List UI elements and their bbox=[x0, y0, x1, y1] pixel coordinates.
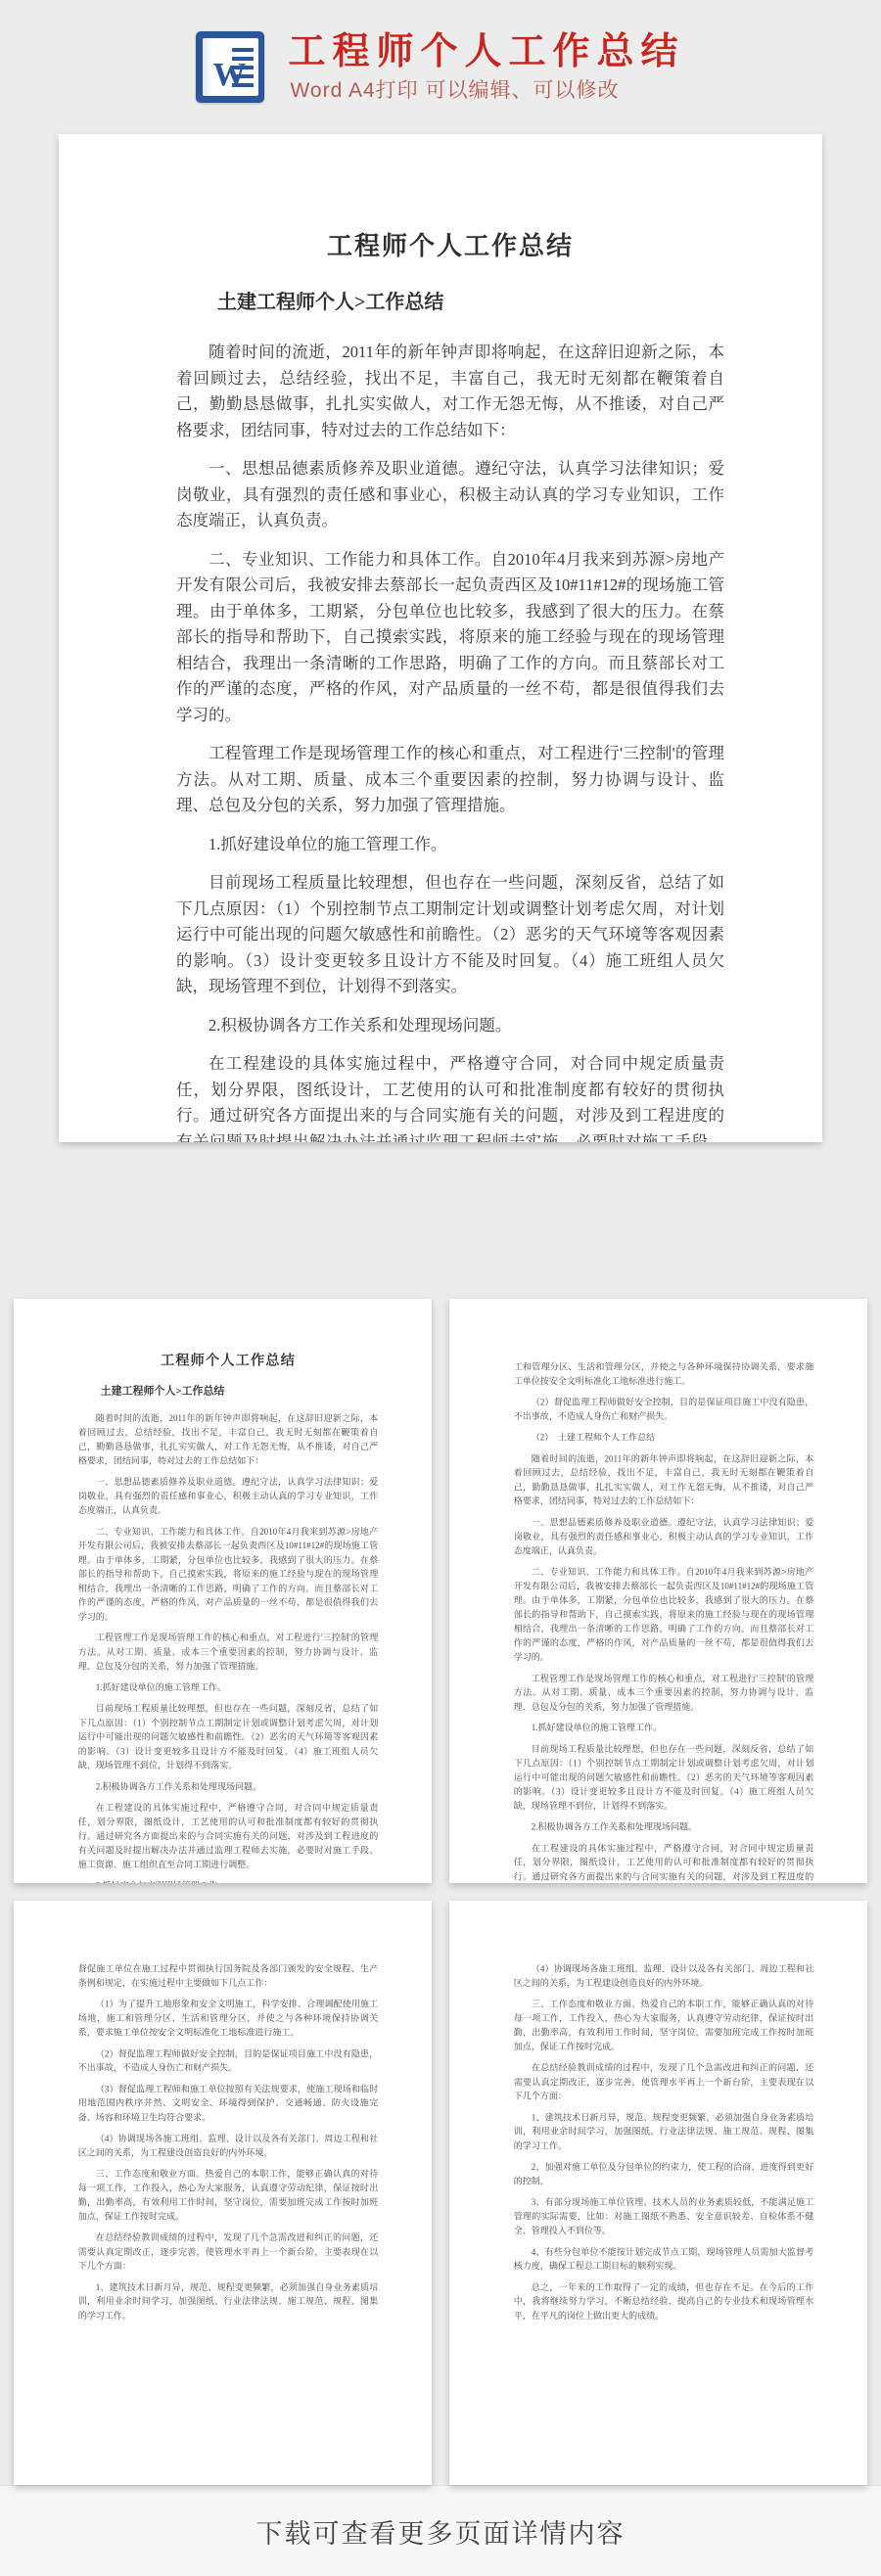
document-page-1-preview[interactable]: 工程师个人工作总结 土建工程师个人>工作总结 随着时间的流逝，2011年的新年钟… bbox=[59, 134, 822, 1142]
doc-paragraph: 3.抓好安全与文明现场管理工作 bbox=[78, 1879, 379, 1883]
document-download-page: W 工程师个人工作总结 Word A4打印 可以编辑、可以修改 工程师个人工作总… bbox=[0, 0, 881, 2576]
doc-title: 工程师个人工作总结 bbox=[176, 232, 724, 261]
doc-subtitle: 土建工程师个人>工作总结 bbox=[217, 291, 724, 314]
doc-paragraph: （1）为了提升工地形象和安全文明施工，科学安排、合理调配使用施工场地，施工和管理… bbox=[78, 1998, 379, 2041]
doc-paragraph: 二、专业知识、工作能力和具体工作。自2010年4月我来到苏源>房地产开发有限公司… bbox=[514, 1565, 814, 1665]
doc-paragraph: 1.抓好建设单位的施工管理工作。 bbox=[514, 1721, 814, 1735]
doc-paragraph: （2）督促监理工程师做好安全控制，目的是保证项目施工中没有隐患，不出事故，不造成… bbox=[78, 2047, 379, 2075]
header-text: 工程师个人工作总结 Word A4打印 可以编辑、可以修改 bbox=[288, 31, 684, 103]
doc-body: 随着时间的流逝，2011年的新年钟声即将响起，在这辞旧迎新之际，本着回顾过去，总… bbox=[78, 1411, 379, 1883]
page-thumbnails: 工程师个人工作总结 土建工程师个人>工作总结 随着时间的流逝，2011年的新年钟… bbox=[0, 1299, 881, 2485]
doc-subtitle: 土建工程师个人>工作总结 bbox=[101, 1385, 379, 1398]
doc-paragraph: 二、专业知识、工作能力和具体工作。自2010年4月我来到苏源>房地产开发有限公司… bbox=[78, 1525, 379, 1625]
page-title: 工程师个人工作总结 bbox=[288, 31, 684, 72]
doc-body: （4）协调现场各施工班组、监理、设计以及各有关部门、周边工程和社区之间的关系，为… bbox=[514, 1961, 814, 2323]
doc-paragraph: 工和管理分区、生活和管理分区，并使之与各种环境保持协调关系，要求施工单位按安全文… bbox=[514, 1359, 814, 1388]
doc-paragraph: 总之，一年来的工作取得了一定的成绩，但也存在不足。在今后的工作中，我将继续努力学… bbox=[514, 2280, 814, 2323]
doc-body: 督促施工单位在施工过程中贯彻执行国务院及各部门颁发的安全规程、生产条例和规定，在… bbox=[78, 1961, 379, 2323]
doc-paragraph: 在工程建设的具体实施过程中，严格遵守合同，对合同中规定质量责任，划分界限，图纸设… bbox=[176, 1051, 724, 1142]
doc-paragraph: 1、建筑技术日新月异，规范、规程变更频繁，必须加强自身业务素质培训，利用业余时间… bbox=[514, 2110, 814, 2153]
doc-paragraph: 2.积极协调各方工作关系和处理现场问题。 bbox=[78, 1779, 379, 1794]
doc-paragraph: 在总结经验教训成绩的过程中，发现了几个急需改进和纠正的问题，还需要认真定期改正，… bbox=[514, 2061, 814, 2104]
doc-paragraph: 工程管理工作是现场管理工作的核心和重点，对工程进行'三控制'的管理方法。从对工期… bbox=[176, 741, 724, 819]
doc-paragraph: 一、思想品德素质修养及职业道德。遵纪守法，认真学习法律知识；爱岗敬业，具有强烈的… bbox=[176, 456, 724, 534]
doc-paragraph: 2.积极协调各方工作关系和处理现场问题。 bbox=[514, 1820, 814, 1835]
doc-paragraph: 一、思想品德素质修养及职业道德。遵纪守法，认真学习法律知识；爱岗敬业，具有强烈的… bbox=[514, 1515, 814, 1558]
doc-paragraph: 二、专业知识、工作能力和具体工作。自2010年4月我来到苏源>房地产开发有限公司… bbox=[176, 547, 724, 729]
doc-paragraph: 在工程建设的具体实施过程中，严格遵守合同，对合同中规定质量责任，划分界限，图纸设… bbox=[514, 1841, 814, 1883]
doc-paragraph: 2、加强对施工单位及分包单位的约束力，使工程的洽商、进度得到更好的控制。 bbox=[514, 2160, 814, 2188]
doc-paragraph: 三、工作态度和敬业方面。热爱自己的本职工作，能够正确认真的对待每一项工作，工作投… bbox=[78, 2167, 379, 2224]
thumbnail-page-3-content: 督促施工单位在施工过程中贯彻执行国务院及各部门颁发的安全规程、生产条例和规定，在… bbox=[14, 1901, 432, 2485]
doc-paragraph: 1、建筑技术日新月异，规范、规程变更频繁，必须加强自身业务素质培训，利用业余时间… bbox=[78, 2280, 379, 2323]
doc-paragraph: 督促施工单位在施工过程中贯彻执行国务院及各部门颁发的安全规程、生产条例和规定，在… bbox=[78, 1961, 379, 1990]
doc-body: 工和管理分区、生活和管理分区，并使之与各种环境保持协调关系，要求施工单位按安全文… bbox=[514, 1359, 814, 1883]
doc-paragraph: （2） 土建工程师个人工作总结 bbox=[514, 1431, 814, 1446]
doc-paragraph: （3）督促监理工程师和施工单位按照有关法规要求，使施工现场和临时用地范围内秩序井… bbox=[78, 2082, 379, 2125]
word-icon-sheet: W bbox=[203, 38, 258, 96]
thumbnail-page-4-content: （4）协调现场各施工班组、监理、设计以及各有关部门、周边工程和社区之间的关系，为… bbox=[449, 1901, 867, 2485]
header: W 工程师个人工作总结 Word A4打印 可以编辑、可以修改 bbox=[0, 0, 881, 134]
doc-paragraph: 在工程建设的具体实施过程中，严格遵守合同，对合同中规定质量责任，划分界限，图纸设… bbox=[78, 1801, 379, 1872]
doc-paragraph: 在总结经验教训成绩的过程中，发现了几个急需改进和纠正的问题，还需要认真定期改正，… bbox=[78, 2231, 379, 2274]
doc-paragraph: （2）督促监理工程师做好安全控制，目的是保证项目施工中没有隐患，不出事故，不造成… bbox=[514, 1396, 814, 1424]
page-subtitle: Word A4打印 可以编辑、可以修改 bbox=[290, 78, 684, 103]
thumbnail-page-3[interactable]: 督促施工单位在施工过程中贯彻执行国务院及各部门颁发的安全规程、生产条例和规定，在… bbox=[14, 1901, 432, 2485]
doc-paragraph: 3、有部分现场施工单位管理、技术人员的业务素质较低，不能满足施工管理的实际需要，… bbox=[514, 2195, 814, 2238]
doc-paragraph: 工程管理工作是现场管理工作的核心和重点，对工程进行'三控制'的管理方法。从对工期… bbox=[78, 1631, 379, 1674]
footer: 下载可查看更多页面详情内容 bbox=[0, 2485, 881, 2576]
doc-paragraph: 随着时间的流逝，2011年的新年钟声即将响起，在这辞旧迎新之际，本着回顾过去，总… bbox=[176, 340, 724, 443]
document-preview: 工程师个人工作总结 土建工程师个人>工作总结 随着时间的流逝，2011年的新年钟… bbox=[0, 134, 881, 1142]
doc-paragraph: 1.抓好建设单位的施工管理工作。 bbox=[176, 832, 724, 858]
thumbnail-page-1-content: 工程师个人工作总结 土建工程师个人>工作总结 随着时间的流逝，2011年的新年钟… bbox=[14, 1299, 432, 1883]
thumbnail-page-2-content: 工和管理分区、生活和管理分区，并使之与各种环境保持协调关系，要求施工单位按安全文… bbox=[449, 1299, 867, 1883]
doc-paragraph: （4）协调现场各施工班组、监理、设计以及各有关部门、周边工程和社区之间的关系，为… bbox=[514, 1961, 814, 1990]
doc-body: 随着时间的流逝，2011年的新年钟声即将响起，在这辞旧迎新之际，本着回顾过去，总… bbox=[176, 340, 724, 1142]
doc-paragraph: 工程管理工作是现场管理工作的核心和重点，对工程进行'三控制'的管理方法。从对工期… bbox=[514, 1672, 814, 1715]
word-icon-fold bbox=[203, 38, 212, 96]
footer-hint-text: 下载可查看更多页面详情内容 bbox=[256, 2512, 626, 2551]
doc-paragraph: 2.积极协调各方工作关系和处理现场问题。 bbox=[176, 1013, 724, 1039]
doc-paragraph: 4、有些分包单位不能按计划完成节点工期，现场管理人员需加大监督考核力度，确保工程… bbox=[514, 2245, 814, 2274]
thumbnail-page-1[interactable]: 工程师个人工作总结 土建工程师个人>工作总结 随着时间的流逝，2011年的新年钟… bbox=[14, 1299, 432, 1883]
word-document-icon: W bbox=[196, 31, 264, 103]
doc-paragraph: 三、工作态度和敬业方面。热爱自己的本职工作，能够正确认真的对待每一项工作，工作投… bbox=[514, 1998, 814, 2054]
doc-title: 工程师个人工作总结 bbox=[78, 1353, 379, 1368]
word-icon-text-lines bbox=[232, 48, 254, 87]
doc-paragraph: （4）协调现场各施工班组、监理、设计以及各有关部门、周边工程和社区之间的关系，为… bbox=[78, 2132, 379, 2160]
doc-paragraph: 目前现场工程质量比较理想，但也存在一些问题，深刻反省，总结了如下几点原因：（1）… bbox=[78, 1702, 379, 1773]
doc-paragraph: 1.抓好建设单位的施工管理工作。 bbox=[78, 1680, 379, 1695]
doc-paragraph: 目前现场工程质量比较理想，但也存在一些问题，深刻反省，总结了如下几点原因：（1）… bbox=[514, 1742, 814, 1814]
thumbnail-page-4[interactable]: （4）协调现场各施工班组、监理、设计以及各有关部门、周边工程和社区之间的关系，为… bbox=[449, 1901, 867, 2485]
header-inner: W 工程师个人工作总结 Word A4打印 可以编辑、可以修改 bbox=[196, 31, 684, 103]
thumbnail-page-2[interactable]: 工和管理分区、生活和管理分区，并使之与各种环境保持协调关系，要求施工单位按安全文… bbox=[449, 1299, 867, 1883]
doc-paragraph: 一、思想品德素质修养及职业道德。遵纪守法，认真学习法律知识；爱岗敬业，具有强烈的… bbox=[78, 1475, 379, 1518]
doc-paragraph: 随着时间的流逝，2011年的新年钟声即将响起，在这辞旧迎新之际，本着回顾过去，总… bbox=[78, 1411, 379, 1468]
doc-paragraph: 随着时间的流逝，2011年的新年钟声即将响起，在这辞旧迎新之际，本着回顾过去，总… bbox=[514, 1451, 814, 1508]
doc-paragraph: 目前现场工程质量比较理想，但也存在一些问题，深刻反省，总结了如下几点原因：（1）… bbox=[176, 870, 724, 1000]
